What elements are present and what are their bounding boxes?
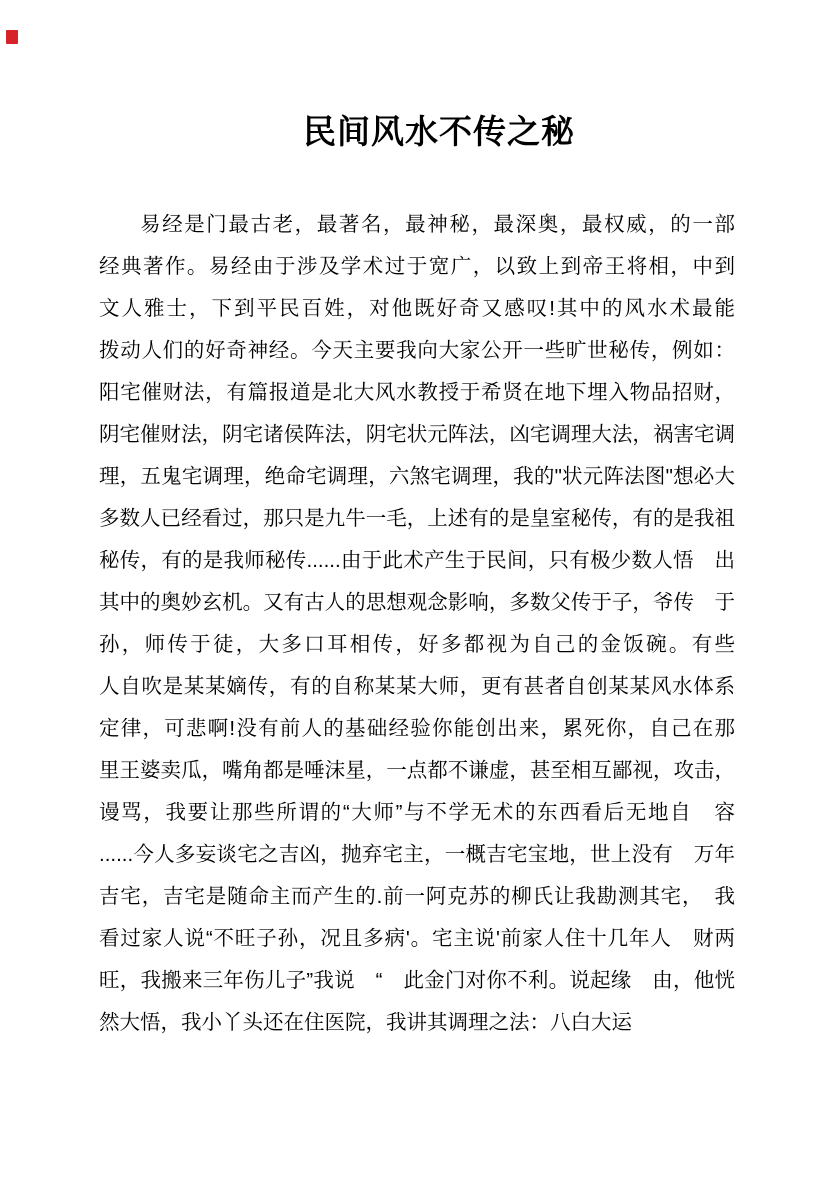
text-line: 经典著作。易经由于涉及学术过于宽广，以致上到帝王将相，中到 [99,246,735,288]
text-line: 文人雅士，下到平民百姓，对他既好奇又感叹!其中的风水术最能 [99,288,735,330]
text-line: 然大悟，我小丫头还在住医院，我讲其调理之法：八白大运 [99,1002,735,1044]
document-body: 易经是门最古老，最著名，最神秘，最深奥，最权威，的一部经典著作。易经由于涉及学术… [99,204,735,1044]
text-line: 多数人已经看过，那只是九牛一毛，上述有的是皇室秘传，有的是我祖 [99,498,735,540]
text-line: 吉宅，吉宅是随命主而产生的.前一阿克苏的柳氏让我勘测其宅， 我 [99,876,735,918]
text-line: 人自吹是某某嫡传，有的自称某某大师，更有甚者自创某某风水体系 [99,666,735,708]
text-line: ......今人多妄谈宅之吉凶，抛弃宅主，一概吉宅宝地，世上没有 万年 [99,834,735,876]
text-line: 阳宅催财法，有篇报道是北大风水教授于希贤在地下埋入物品招财， [99,372,735,414]
document-page: 民间风水不传之秘 易经是门最古老，最著名，最神秘，最深奥，最权威，的一部经典著作… [0,0,830,1180]
document-title: 民间风水不传之秘 [0,0,830,156]
text-line: 看过家人说“不旺子孙，况且多病'。宅主说'前家人住十几年人 财两 [99,918,735,960]
text-line: 秘传，有的是我师秘传......由于此术产生于民间，只有极少数人悟 出 [99,540,735,582]
text-line: 孙，师传于徒，大多口耳相传，好多都视为自己的金饭碗。有些 [99,624,735,666]
text-line: 阴宅催财法，阴宅诸侯阵法，阴宅状元阵法，凶宅调理大法，祸害宅调 [99,414,735,456]
text-line: 谩骂，我要让那些所谓的“大师”与不学无术的东西看后无地自 容 [99,792,735,834]
text-line: 拨动人们的好奇神经。今天主要我向大家公开一些旷世秘传，例如： [99,330,735,372]
red-marker-icon [6,30,18,44]
text-line: 其中的奥妙玄机。又有古人的思想观念影响，多数父传于子，爷传 于 [99,582,735,624]
text-line: 旺，我搬来三年伤儿子”我说 “ 此金门对你不利。说起缘 由，他恍 [99,960,735,1002]
text-line: 里王婆卖瓜，嘴角都是唾沫星，一点都不谦虚，甚至相互鄙视，攻击， [99,750,735,792]
text-line: 理，五鬼宅调理，绝命宅调理，六煞宅调理，我的"状元阵法图"想必大 [99,456,735,498]
text-line: 易经是门最古老，最著名，最神秘，最深奥，最权威，的一部 [99,204,735,246]
text-line: 定律，可悲啊!没有前人的基础经验你能创出来，累死你，自己在那 [99,708,735,750]
